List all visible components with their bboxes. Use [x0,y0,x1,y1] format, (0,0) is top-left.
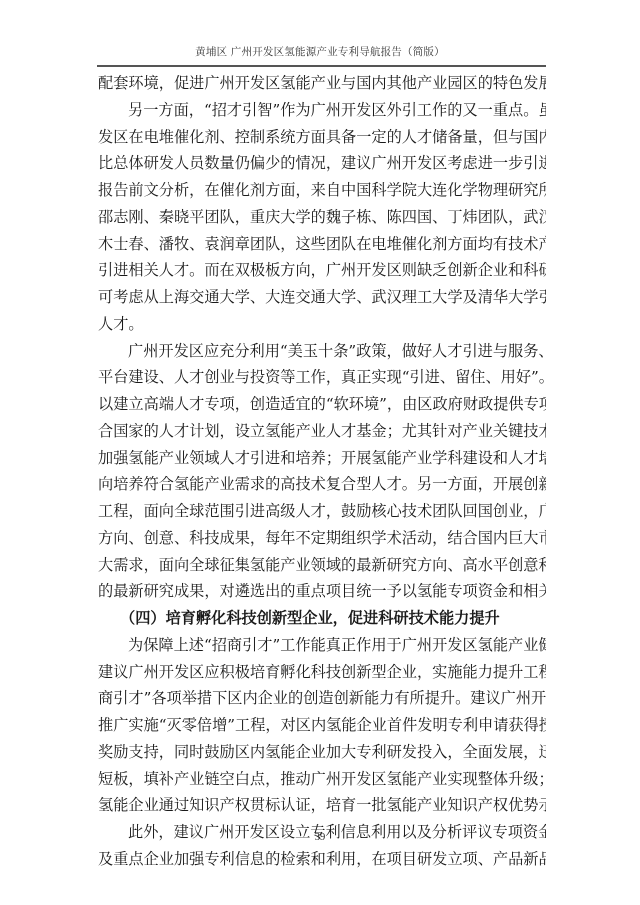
running-header: 黄埔区 广州开发区氢能源产业专利导航报告（简版） [0,44,640,59]
text-line: 配套环境，促进广州开发区氢能产业与国内其他产业园区的特色发展。 [98,70,546,97]
text-line: 氢能企业通过知识产权贯标认证，培育一批氢能产业知识产权优势示范企业等。 [98,792,546,819]
text-line: 另一方面，“招才引智”作为广州开发区外引工作的又一重点。虽然广州开 [98,97,546,124]
text-line: 推广实施“灭零倍增”工程，对区内氢能企业首件发明专利申请获得授权时给予 [98,712,546,739]
text-line: 短板，填补产业链空白点，推动广州开发区氢能产业实现整体升级；此外，引导 [98,766,546,793]
text-line: 发区在电堆催化剂、控制系统方面具备一定的人才储备量，但与国内其他园区对 [98,124,546,151]
text-line: 引进相关人才。而在双极板方向，广州开发区则缺乏创新企业和科研人员，因此 [98,257,546,284]
text-line: 建议广州开发区应积极培育孵化科技创新型企业，实施能力提升工程，确保“招 [98,659,546,686]
text-line: 广州开发区应充分利用“美玉十条”政策，做好人才引进与服务、人才创新 [98,338,546,365]
text-line: 大需求，面向全球征集氢能产业领域的最新研究方向、高水平创意和重要方向上 [98,552,546,579]
text-line: 为保障上述“招商引才”工作能真正作用于广州开发区氢能产业健康发展， [98,632,546,659]
text-line: 加强氢能产业领域人才引进和培养；开展氢能产业学科建设和人才培养计划，定 [98,445,546,472]
text-line: 比总体研发人员数量仍偏少的情况，建议广州开发区考虑进一步引进人才。根据 [98,150,546,177]
text-line: 人才。 [98,311,546,338]
text-line: 及重点企业加强专利信息的检索和利用，在项目研发立项、产品新品上市、人才 [98,846,546,873]
document-body: 配套环境，促进广州开发区氢能产业与国内其他产业园区的特色发展。 另一方面，“招才… [98,70,546,873]
text-line: 向培养符合氢能产业需求的高技术复合型人才。另一方面，开展创新人才国际化 [98,471,546,498]
text-line: 可考虑从上海交通大学、大连交通大学、武汉理工大学及清华大学引进相关专业 [98,284,546,311]
text-line: 邵志刚、秦晓平团队，重庆大学的魏子栋、陈四国、丁炜团队，武汉理工大学的 [98,204,546,231]
page-number: 39 [0,832,640,843]
text-line: 合国家的人才计划，设立氢能产业人才基金；尤其针对产业关键技术的薄弱环节， [98,418,546,445]
text-line: 平台建设、人才创业与投资等工作，真正实现“引进、留住、用好”。一方面可 [98,364,546,391]
text-line: 报告前文分析，在催化剂方面，来自中国科学院大连化学物理研究所的衣宝廉、 [98,177,546,204]
text-line: 方向、创意、科技成果，每年不定期组织学术活动，结合国内巨大市场和国家重 [98,525,546,552]
header-rule [97,65,546,67]
section-heading: （四）培育孵化科技创新型企业，促进科研技术能力提升 [98,605,546,632]
text-line: 以建立高端人才专项，创造适宜的“软环境”，由区政府财政提供专项资金，结 [98,391,546,418]
text-line: 奖励支持，同时鼓励区内氢能企业加大专利研发投入，全面发展，迅速弥补技术 [98,739,546,766]
text-line: 工程，面向全球范围引进高级人才，鼓励核心技术团队回国创业，广泛征集研究 [98,498,546,525]
text-line: 的最新研究成果，对遴选出的重点项目统一予以氢能专项资金和相关支持。 [98,578,546,605]
text-line: 木士春、潘牧、袁润章团队，这些团队在电堆催化剂方面均有技术产出，可考虑 [98,231,546,258]
text-line: 商引才”各项举措下区内企业的创造创新能力有所提升。建议广州开发区进一步 [98,685,546,712]
